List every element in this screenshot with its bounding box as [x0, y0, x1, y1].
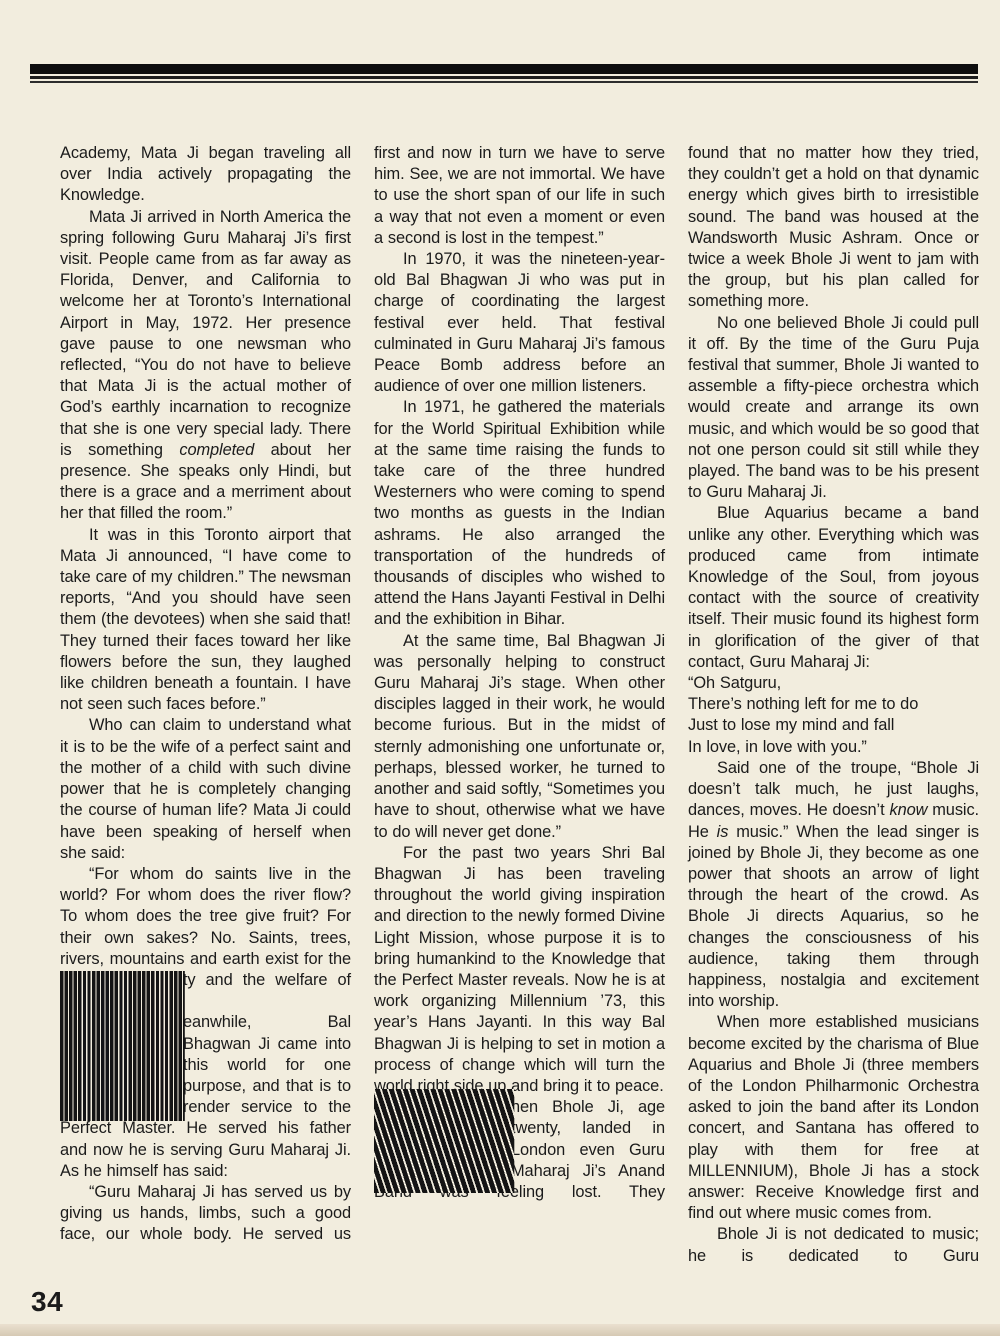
- striped-drop-cap-w: W: [374, 1099, 504, 1177]
- top-rule: [30, 64, 978, 83]
- text-column: found that no matter how they tried, the…: [688, 143, 979, 1267]
- page-bottom-edge: [0, 1324, 1000, 1336]
- top-rule-thick-bar: [30, 64, 978, 74]
- poem-line: “Oh Satguru,: [688, 673, 979, 694]
- paragraph: Said one of the troupe, “Bhole Ji doesn’…: [688, 758, 979, 1012]
- striped-drop-cap-m: m: [60, 1014, 176, 1098]
- poem-line: In love, in love with you.”: [688, 737, 979, 758]
- paragraph: Who can claim to understand what it is t…: [60, 715, 351, 863]
- poem-line: There’s nothing left for me to do: [688, 694, 979, 715]
- paragraph: “Guru Maharaj Ji has served us by giving…: [60, 1182, 351, 1246]
- top-rule-thin-line-1: [30, 76, 978, 79]
- paragraph-with-drop-cap: When Bhole Ji, age twenty, landed in Lon…: [374, 1097, 665, 1203]
- top-rule-thin-line-2: [30, 81, 978, 83]
- text-column: first and now in turn we have to serve h…: [374, 143, 665, 1267]
- paragraph: In 1970, it was the nineteen-year-old Ba…: [374, 249, 665, 397]
- paragraph: found that no matter how they tried, the…: [688, 143, 979, 313]
- paragraph: At the same time, Bal Bhagwan Ji was per…: [374, 631, 665, 843]
- paragraph: When more established musicians become e…: [688, 1012, 979, 1224]
- paragraph: For the past two years Shri Bal Bhagwan …: [374, 843, 665, 1097]
- paragraph: Bhole Ji is not dedicated to music; he i…: [688, 1224, 979, 1266]
- paragraph: Mata Ji arrived in North America the spr…: [60, 207, 351, 525]
- paragraph: first and now in turn we have to serve h…: [374, 143, 665, 249]
- poem-line: Just to lose my mind and fall: [688, 715, 979, 736]
- paragraph: It was in this Toronto airport that Mata…: [60, 525, 351, 716]
- magazine-page: Academy, Mata Ji began traveling all ove…: [0, 0, 1000, 1336]
- page-number: 34: [31, 1286, 63, 1318]
- paragraph: Academy, Mata Ji began traveling all ove…: [60, 143, 351, 207]
- paragraph-with-drop-cap: meanwhile, Bal Bhagwan Ji came into this…: [60, 1012, 351, 1182]
- text-column: Academy, Mata Ji began traveling all ove…: [60, 143, 351, 1267]
- paragraph: No one believed Bhole Ji could pull it o…: [688, 313, 979, 504]
- paragraph: In 1971, he gathered the materials for t…: [374, 397, 665, 630]
- paragraph: Blue Aquarius became a band unlike any o…: [688, 503, 979, 673]
- article-body: Academy, Mata Ji began traveling all ove…: [60, 143, 979, 1267]
- poem-paragraph: “Oh Satguru,There’s nothing left for me …: [688, 673, 979, 758]
